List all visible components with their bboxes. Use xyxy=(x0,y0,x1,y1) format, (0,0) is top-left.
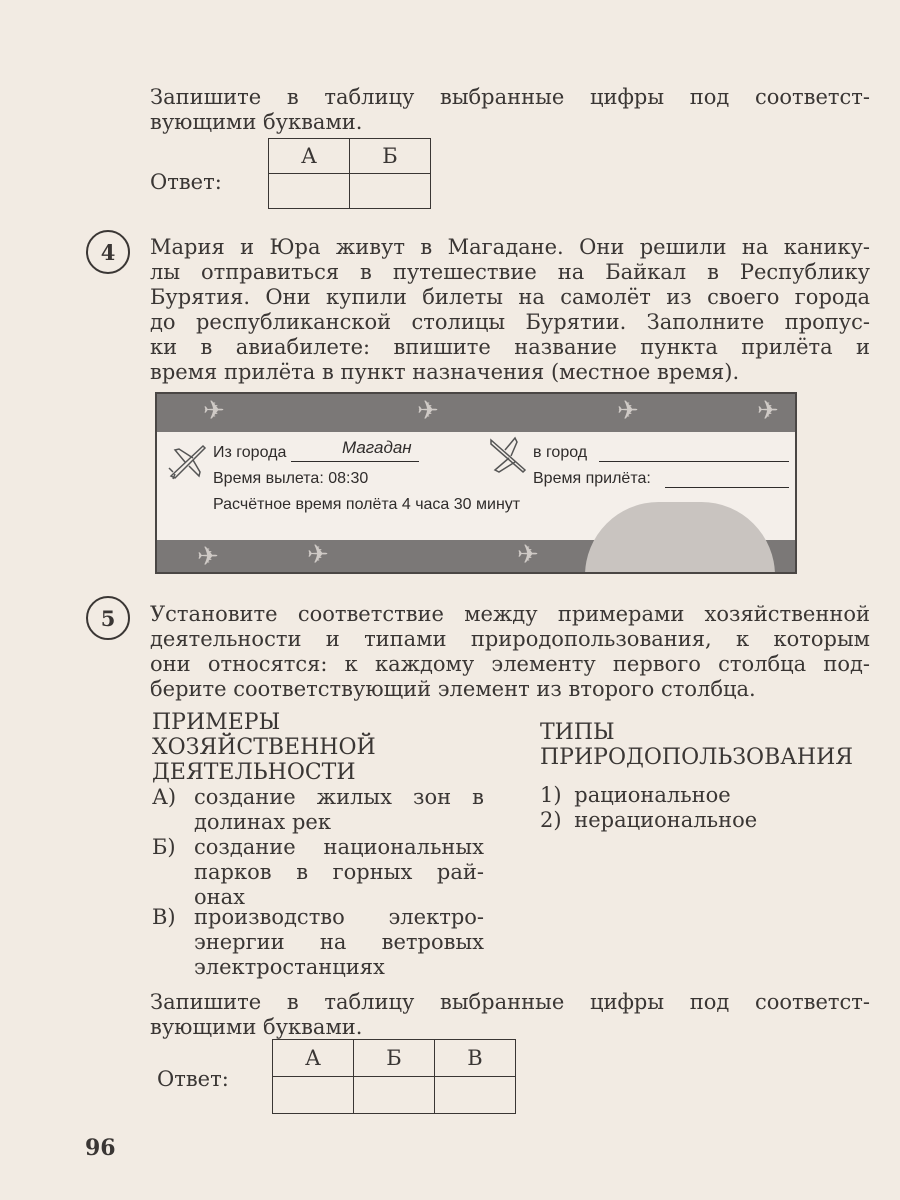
arrival-time-field[interactable] xyxy=(665,487,789,488)
from-label: Из города xyxy=(213,444,286,462)
plane-icon: ✈ xyxy=(757,398,779,424)
item-line: парков в горных рай- xyxy=(194,860,484,885)
instruction-line: Запишите в таблицу выбранные цифры под с… xyxy=(150,85,870,110)
task-line: Мария и Юра живут в Магадане. Они решили… xyxy=(150,235,870,260)
plane-icon: ✈ xyxy=(617,398,639,424)
item-line: долинах рек xyxy=(194,810,484,835)
header-line: ХОЗЯЙСТВЕННОЙ xyxy=(152,735,376,760)
header-cell-a: А xyxy=(273,1040,354,1077)
plane-icon: ✈ xyxy=(417,398,439,424)
departure-time: Время вылета: 08:30 xyxy=(213,470,368,488)
task-number-badge: 4 xyxy=(86,230,130,274)
prev-answer-table: А Б xyxy=(268,138,431,209)
item-text: рациональное xyxy=(574,783,730,807)
flight-duration: Расчётное время полёта 4 часа 30 минут xyxy=(213,496,520,514)
item-text: нерациональное xyxy=(574,808,757,832)
task-line: время прилёта в пункт назначения (местно… xyxy=(150,360,870,385)
answer-cell-b[interactable] xyxy=(350,174,431,209)
type-item-1: 1) рациональное xyxy=(540,783,840,808)
answer-cell-b[interactable] xyxy=(354,1077,435,1114)
task-number-badge: 5 xyxy=(86,596,130,640)
header-cell-v: В xyxy=(435,1040,516,1077)
item-line: создание национальных xyxy=(194,835,484,860)
item-mark: Б) xyxy=(152,835,176,860)
task-line: они относятся: к каждому элементу первог… xyxy=(150,652,870,677)
header-line: ПРИМЕРЫ xyxy=(152,710,376,735)
plane-icon: ✈ xyxy=(197,544,219,570)
from-value: Магадан xyxy=(342,438,412,458)
right-column-header: ТИПЫ ПРИРОДОПОЛЬЗОВАНИЯ xyxy=(540,720,853,770)
instruction-line: вующими буквами. xyxy=(150,1015,870,1040)
task5-text: Установите соответствие между примерами … xyxy=(150,602,870,702)
answer-label: Ответ: xyxy=(157,1067,229,1091)
workbook-page: Запишите в таблицу выбранные цифры под с… xyxy=(0,0,900,1200)
item-mark: 2) xyxy=(540,808,562,832)
task-line: лы отправиться в путешествие на Байкал в… xyxy=(150,260,870,285)
task-line: деятельности и типами природопользования… xyxy=(150,627,870,652)
task-line: Бурятия. Они купили билеты на самолёт из… xyxy=(150,285,870,310)
item-line: энергии на ветровых xyxy=(194,930,484,955)
to-label: в город xyxy=(533,444,587,462)
task-line: берите соответствующий элемент из второг… xyxy=(150,677,870,702)
header-line: ТИПЫ xyxy=(540,720,853,745)
header-cell-a: А xyxy=(269,139,350,174)
header-line: ДЕЯТЕЛЬНОСТИ xyxy=(152,760,376,785)
header-cell-b: Б xyxy=(354,1040,435,1077)
answer-cell-a[interactable] xyxy=(269,174,350,209)
plane-icon: ✈ xyxy=(517,542,539,568)
answer-label: Ответ: xyxy=(150,170,222,194)
task5-instruction: Запишите в таблицу выбранные цифры под с… xyxy=(150,990,870,1040)
plane-from-icon xyxy=(165,438,209,482)
answer-cell-v[interactable] xyxy=(435,1077,516,1114)
item-mark: 1) xyxy=(540,783,562,807)
left-column-header: ПРИМЕРЫ ХОЗЯЙСТВЕННОЙ ДЕЯТЕЛЬНОСТИ xyxy=(152,710,376,785)
plane-icon: ✈ xyxy=(203,398,225,424)
task-line: до республиканской столицы Бурятии. Запо… xyxy=(150,310,870,335)
item-line: электростанциях xyxy=(194,955,484,980)
plane-icon: ✈ xyxy=(307,542,329,568)
task-line: ки в авиабилете: впишите название пункта… xyxy=(150,335,870,360)
to-city-field[interactable] xyxy=(599,461,789,462)
item-line: производство электро- xyxy=(194,905,484,930)
header-cell-b: Б xyxy=(350,139,431,174)
instruction-line: Запишите в таблицу выбранные цифры под с… xyxy=(150,990,870,1015)
type-item-2: 2) нерациональное xyxy=(540,808,840,833)
task4-text: Мария и Юра живут в Магадане. Они решили… xyxy=(150,235,870,385)
arrival-label: Время прилёта: xyxy=(533,470,651,488)
header-line: ПРИРОДОПОЛЬЗОВАНИЯ xyxy=(540,745,853,770)
from-field-line xyxy=(291,461,419,462)
item-line: создание жилых зон в xyxy=(194,785,484,810)
air-ticket: ✈ ✈ ✈ ✈ ✈ ✈ ✈ Из города Магадан в город xyxy=(155,392,797,574)
task-line: Установите соответствие между примерами … xyxy=(150,602,870,627)
plane-to-icon xyxy=(487,434,531,478)
item-mark: А) xyxy=(152,785,176,810)
instruction-line: вующими буквами. xyxy=(150,110,870,135)
item-mark: В) xyxy=(152,905,176,930)
page-number: 96 xyxy=(85,1135,116,1161)
prev-task-instruction: Запишите в таблицу выбранные цифры под с… xyxy=(150,85,870,135)
answer-cell-a[interactable] xyxy=(273,1077,354,1114)
task5-answer-table: А Б В xyxy=(272,1039,516,1114)
